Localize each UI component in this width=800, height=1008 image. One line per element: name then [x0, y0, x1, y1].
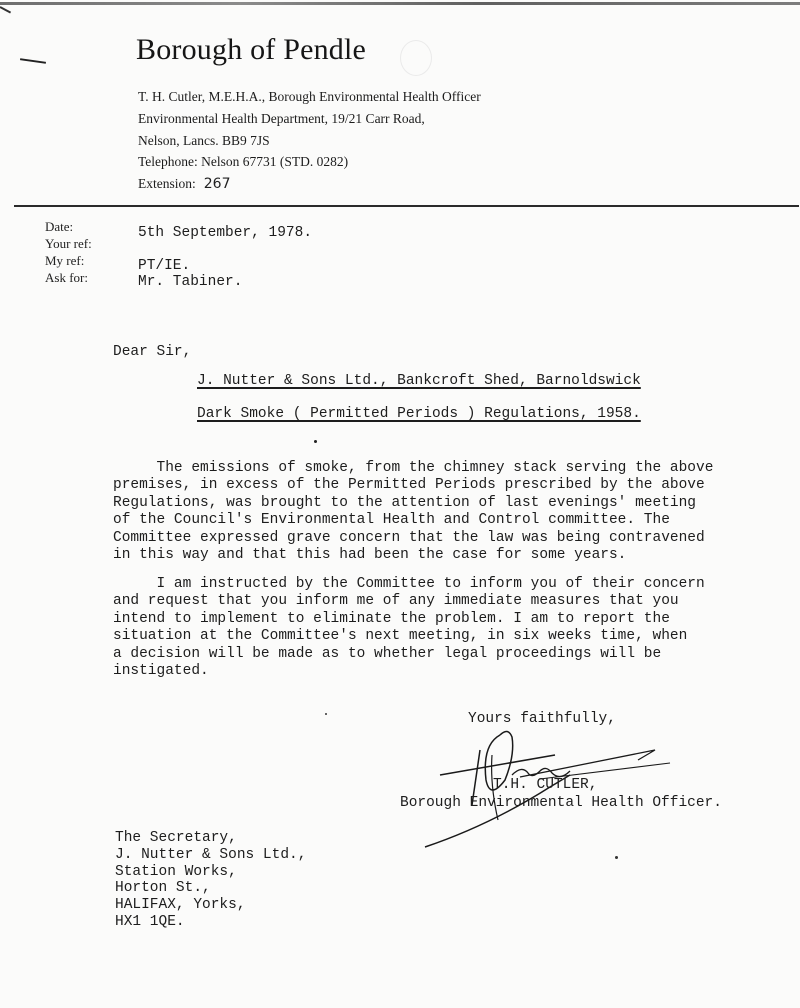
- address-line: HALIFAX, Yorks,: [115, 897, 306, 914]
- label-ask-for: Ask for:: [45, 269, 92, 286]
- letterhead-extension: Extension:267: [138, 173, 481, 196]
- body-paragraph-2: I am instructed by the Committee to info…: [113, 576, 713, 680]
- address-line: Horton St.,: [115, 880, 306, 897]
- signatory-name: T.H. CUTLER,: [493, 777, 597, 793]
- letterhead-officer: T. H. Cutler, M.E.H.A., Borough Environm…: [138, 86, 481, 108]
- salutation: Dear Sir,: [113, 344, 191, 360]
- ink-speck: [615, 856, 618, 859]
- subject-line-regulations: Dark Smoke ( Permitted Periods ) Regulat…: [197, 406, 641, 422]
- signatory-title: Borough Environmental Health Officer.: [400, 795, 722, 811]
- faint-stamp: [400, 40, 432, 76]
- address-line: The Secretary,: [115, 830, 306, 847]
- letterhead-details: T. H. Cutler, M.E.H.A., Borough Environm…: [138, 86, 481, 196]
- label-your-ref: Your ref:: [45, 235, 92, 252]
- ink-speck: [325, 713, 327, 715]
- margin-mark: [20, 58, 46, 64]
- body-paragraph-1: The emissions of smoke, from the chimney…: [113, 460, 713, 564]
- address-line: J. Nutter & Sons Ltd.,: [115, 847, 306, 864]
- my-ref-value: PT/IE.: [138, 258, 242, 274]
- extension-label: Extension:: [138, 176, 196, 191]
- letterhead-department: Environmental Health Department, 19/21 C…: [138, 108, 481, 130]
- label-date: Date:: [45, 218, 92, 235]
- letterhead-title: Borough of Pendle: [136, 33, 366, 67]
- letterhead-telephone: Telephone: Nelson 67731 (STD. 0282): [138, 151, 481, 173]
- address-line: HX1 1QE.: [115, 914, 306, 931]
- subject-line-company: J. Nutter & Sons Ltd., Bankcroft Shed, B…: [197, 373, 641, 389]
- reference-values: PT/IE. Mr. Tabiner.: [138, 258, 242, 290]
- page-top-edge: [0, 2, 800, 5]
- recipient-address: The Secretary, J. Nutter & Sons Ltd., St…: [115, 830, 306, 931]
- reference-labels: Date: Your ref: My ref: Ask for:: [45, 218, 92, 286]
- label-my-ref: My ref:: [45, 252, 92, 269]
- letterhead-divider: [14, 205, 799, 207]
- address-line: Station Works,: [115, 864, 306, 881]
- letterhead-town: Nelson, Lancs. BB9 7JS: [138, 130, 481, 152]
- ink-dot: [314, 440, 317, 443]
- extension-value: 267: [204, 176, 231, 192]
- letter-date: 5th September, 1978.: [138, 225, 312, 241]
- corner-mark: [0, 6, 11, 13]
- ask-for-value: Mr. Tabiner.: [138, 274, 242, 290]
